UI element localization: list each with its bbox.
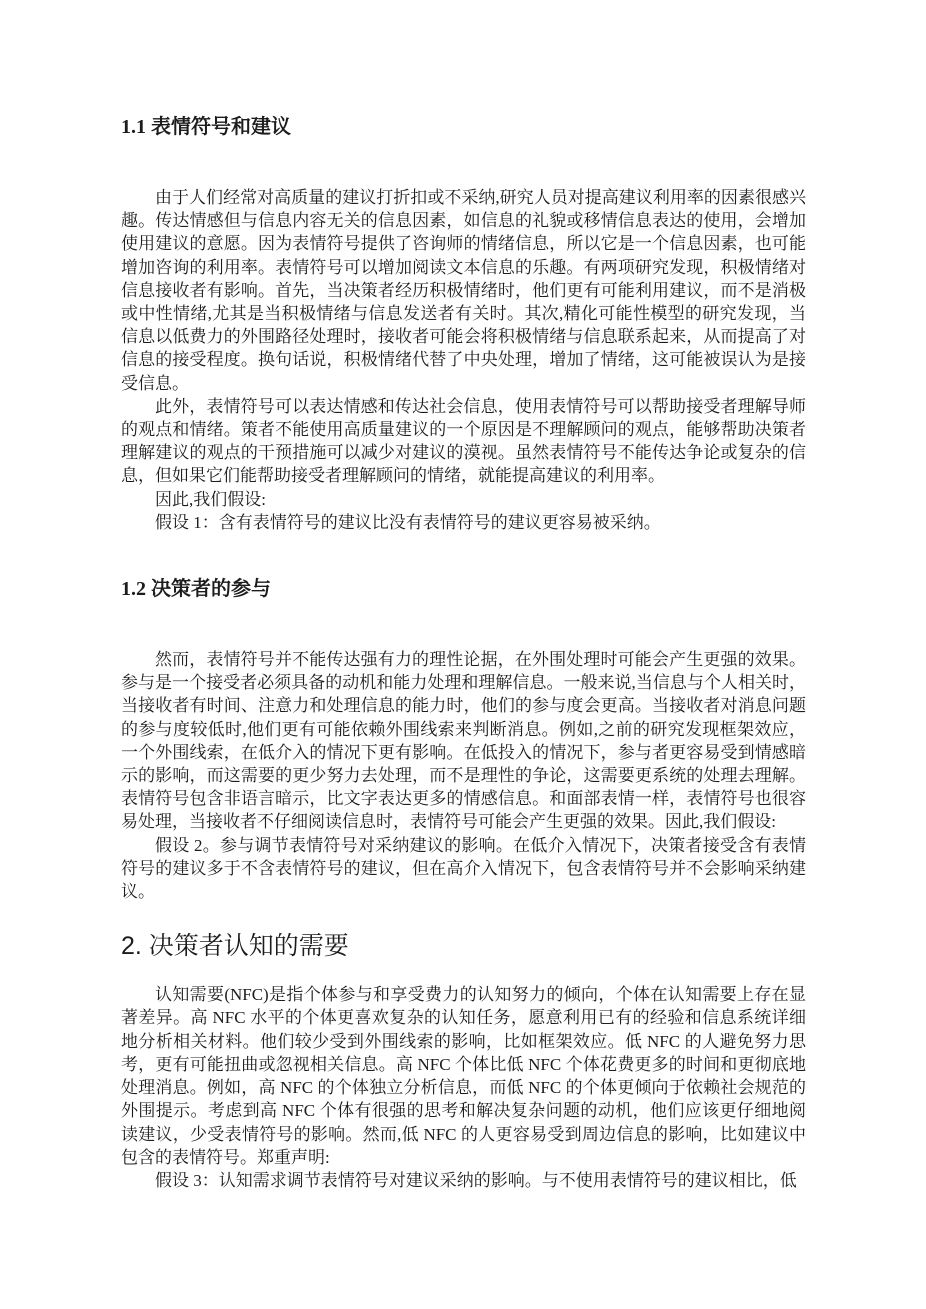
paragraph-emoticon-social-info: 此外，表情符号可以表达情感和传达社会信息，使用表情符号可以帮助接受者理解导师的观… <box>121 395 806 488</box>
heading-section-1-1: 1.1 表情符号和建议 <box>121 112 806 142</box>
document-page: 1.1 表情符号和建议 由于人们经常对高质量的建议打折扣或不采纳,研究人员对提高… <box>0 0 926 1309</box>
paragraph-therefore-we-hypothesize: 因此,我们假设: <box>121 488 806 511</box>
paragraph-advice-utilization: 由于人们经常对高质量的建议打折扣或不采纳,研究人员对提高建议利用率的因素很感兴趣… <box>121 186 806 395</box>
paragraph-hypothesis-3: 假设 3：认知需求调节表情符号对建议采纳的影响。与不使用表情符号的建议相比，低 <box>121 1169 806 1192</box>
paragraph-hypothesis-1: 假设 1：含有表情符号的建议比没有表情符号的建议更容易被采纳。 <box>121 511 806 534</box>
paragraph-hypothesis-2: 假设 2。参与调节表情符号对采纳建议的影响。在低介入情况下，决策者接受含有表情符… <box>121 834 806 904</box>
paragraph-involvement: 然而，表情符号并不能传达强有力的理性论据，在外围处理时可能会产生更强的效果。参与… <box>121 648 806 834</box>
heading-section-1-2: 1.2 决策者的参与 <box>121 574 806 604</box>
heading-section-2: 2. 决策者认知的需要 <box>121 929 806 963</box>
paragraph-need-for-cognition: 认知需要(NFC)是指个体参与和享受费力的认知努力的倾向，个体在认知需要上存在显… <box>121 983 806 1169</box>
